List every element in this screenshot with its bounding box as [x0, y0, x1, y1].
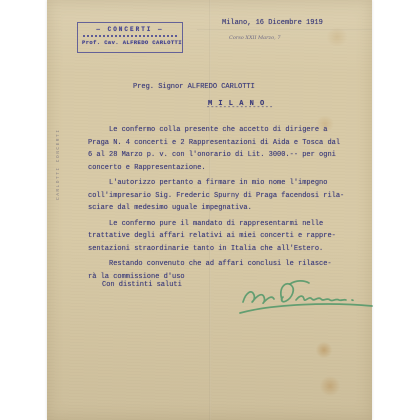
edge-annotation: CARLOTTI CONCERTI — [56, 82, 61, 200]
letterhead-stamp: — CONCERTI — Prof. Cav. ALFREDO CARLOTTI — [77, 22, 183, 53]
foxing-stain — [319, 376, 341, 396]
letter-line: sentazioni straordinarie tanto in Italia… — [88, 243, 356, 256]
letter-line: Praga N. 4 concerti e 2 Rappresentazioni… — [88, 137, 356, 150]
letter-line: Restando convenuto che ad affari conclus… — [88, 258, 356, 271]
stamp-title: — CONCERTI — — [82, 26, 178, 33]
recipient-city-underline: ---------------- — [206, 104, 273, 112]
letter-line: sciare dal medesimo uguale impegnativa. — [88, 202, 356, 215]
letter-line: coll'impresario Sig. Frederic Spurny di … — [88, 190, 356, 203]
closing-salutation: Con distinti saluti — [102, 281, 182, 289]
handwritten-signature — [238, 273, 374, 319]
letter-body: Le confermo colla presente che accetto d… — [88, 124, 356, 283]
letter-line: Le confermo colla presente che accetto d… — [88, 124, 356, 137]
letter-line: 6 al 28 Marzo p. v. con l'onorario di Li… — [88, 149, 356, 162]
recipient-name: Preg. Signor ALFREDO CARLOTTI — [133, 83, 255, 91]
letter-line: Le confermo pure il mandato di rappresen… — [88, 218, 356, 231]
letter-line: trattative degli affari relativi ai miei… — [88, 230, 356, 243]
dateline: Milano, 16 Dicembre 1919 — [222, 19, 323, 27]
signature-ink-strokes — [238, 273, 374, 319]
printed-address: Corso XXII Marzo, 7 — [229, 35, 281, 41]
scanned-letter-photo: CARLOTTI CONCERTI — CONCERTI — Prof. Cav… — [0, 0, 420, 420]
letter-line: concerto e Rappresentazione. — [88, 162, 356, 175]
foxing-stain — [315, 342, 333, 358]
letter-paper: CARLOTTI CONCERTI — CONCERTI — Prof. Cav… — [47, 0, 372, 420]
stamp-name: Prof. Cav. ALFREDO CARLOTTI — [82, 39, 178, 46]
stamp-dotted-divider — [83, 35, 177, 37]
letter-line: L'autorizzo pertanto a firmare in mio no… — [88, 177, 356, 190]
horizontal-fold-crease — [197, 29, 372, 31]
